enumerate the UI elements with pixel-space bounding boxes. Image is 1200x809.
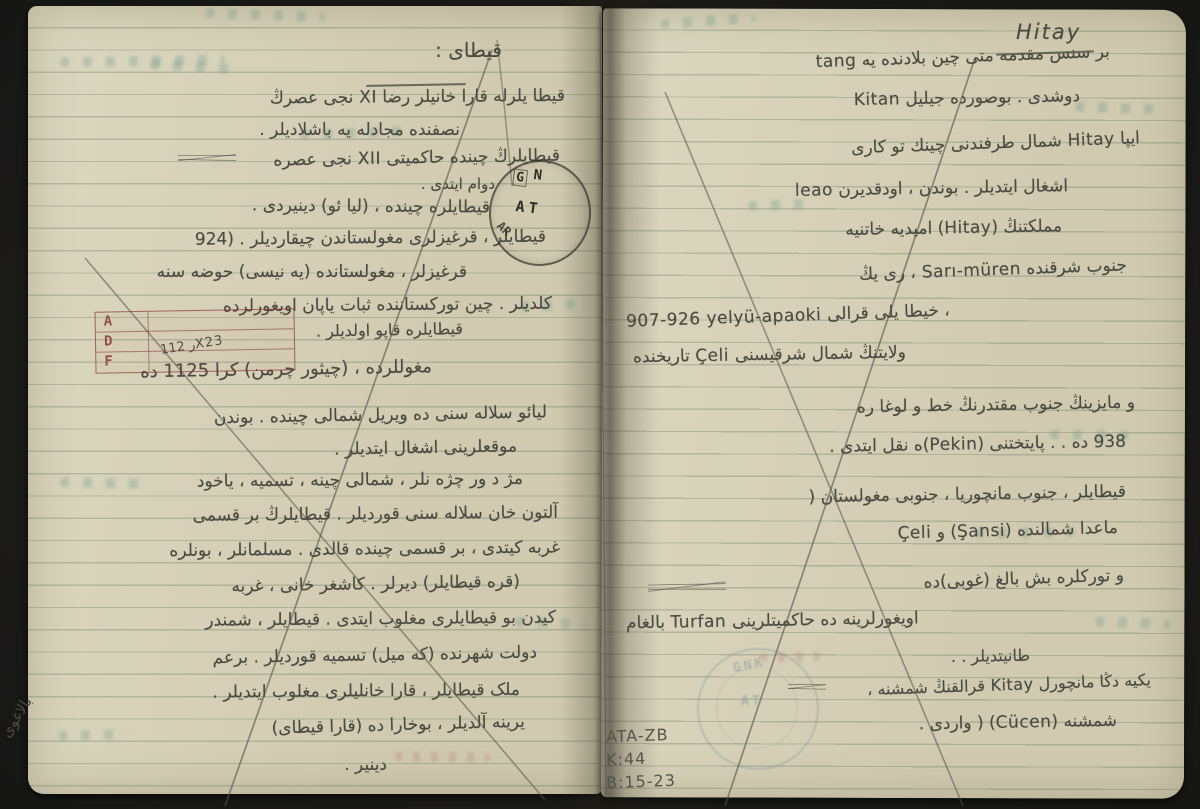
red-table-row: F [96, 349, 294, 371]
left-page-title: قیطای : [372, 38, 502, 62]
stamp-letter: N [533, 167, 543, 184]
handwriting-line: نصفنده مجادله یه باشلادیلر . [115, 120, 460, 140]
handwriting-line: قرغیزلر ، مغولستانده (یه نیسی) حوضه سنه [35, 262, 467, 282]
strikethrough-scribble [178, 152, 236, 164]
handwriting-line: طانیتدیلر . . [878, 646, 1030, 668]
notebook-scan: قیطای : Hitay قیطا یلرله قارا خانیلر رضا… [0, 0, 1200, 809]
handwriting-line: قیطایلره چینده ، (لیا ئو) دینیردی . [145, 194, 490, 217]
handwriting-line: دینیر . [255, 755, 387, 775]
archive-references: ATA-ZB K:44 B:15-23 [606, 724, 676, 793]
handwriting-line: ملک قیطایلر ، قارا خانلیلری مغلوب ایتدیل… [38, 680, 520, 704]
ink-bleed-mark [395, 751, 490, 763]
archive-stamp-blue: GNK AT [697, 648, 819, 770]
archive-ref: K:44 [606, 746, 677, 771]
stamp-letter: G [512, 169, 528, 188]
stamp-letter: AT [741, 694, 763, 709]
stamp-letter: AT [515, 197, 543, 218]
stamp-letter: AR [494, 219, 514, 239]
archive-ref: ATA-ZB [606, 723, 677, 748]
archive-ref: B:15-23 [606, 769, 677, 794]
red-table-label: D [104, 332, 113, 351]
handwriting-line: دوام ایتدی . [330, 175, 495, 193]
red-table-label: A [103, 312, 112, 331]
right-page-title: Hitay [1016, 20, 1126, 44]
red-table-label: F [104, 352, 113, 371]
